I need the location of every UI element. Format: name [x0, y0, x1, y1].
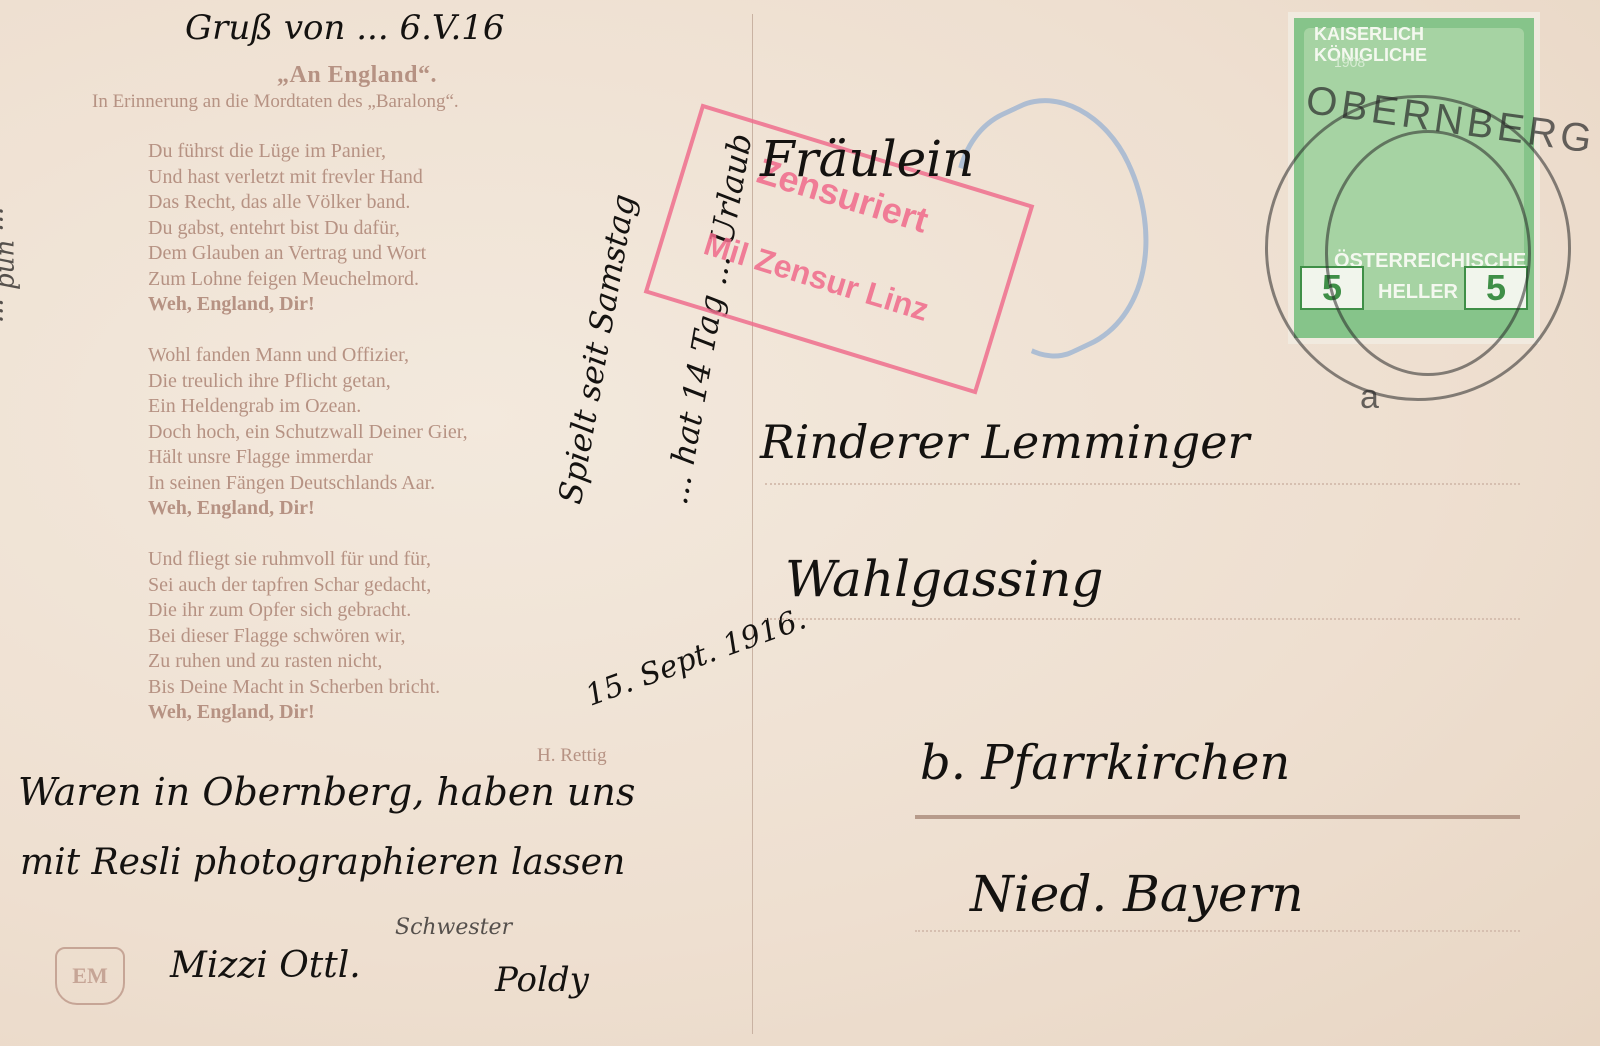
poem-line: Sei auch der tapfren Schar gedacht,: [148, 573, 652, 599]
poem-line: Dem Glauben an Vertrag und Wort: [148, 241, 652, 267]
postmark-letter: a: [1360, 378, 1379, 417]
handwriting-signature-1: Mizzi Ottl.: [170, 945, 361, 986]
poem-line: Du gabst, entehrt bist Du dafür,: [148, 216, 652, 242]
handwriting-signature-2: Poldy: [495, 960, 589, 1000]
poem-subtitle: In Erinnerung an die Mordtaten des „Bara…: [92, 91, 652, 113]
postmark-inner-ring: [1325, 130, 1531, 376]
publisher-logo: EM: [55, 947, 125, 1005]
poem-line: Bei dieser Flagge schwören wir,: [148, 624, 652, 650]
address-line-2: [765, 618, 1520, 620]
poem-line: Und hast verletzt mit frevler Hand: [148, 165, 652, 191]
poem-refrain: Weh, England, Dir!: [148, 700, 652, 725]
poem-refrain: Weh, England, Dir!: [148, 292, 652, 317]
poem-line: Zum Lohne feigen Meuchelmord.: [148, 267, 652, 293]
handwriting-message-line-2: mit Resli photographieren lassen: [20, 842, 625, 883]
handwriting-top: Gruß von ... 6.V.16: [185, 8, 505, 48]
address-line-1: [765, 483, 1520, 485]
printed-poem: „An England“. In Erinnerung an die Mordt…: [92, 62, 652, 725]
address-salutation: Fräulein: [760, 130, 974, 188]
handwriting-signature-note: Schwester: [395, 915, 512, 940]
poem-line: Die ihr zum Opfer sich gebracht.: [148, 598, 652, 624]
stamp-year: 1908: [1334, 54, 1365, 70]
handwriting-message-line-1: Waren in Obernberg, haben uns: [18, 770, 635, 814]
poem-line: Zu ruhen und zu rasten nicht,: [148, 649, 652, 675]
poem-line: Du führst die Lüge im Panier,: [148, 139, 652, 165]
address-region: Nied. Bayern: [970, 865, 1304, 923]
poem-line: Und fliegt sie ruhmvoll für und für,: [148, 547, 652, 573]
address-line-3: [915, 815, 1520, 819]
address-town: b. Pfarrkirchen: [920, 735, 1290, 791]
poem-line: Bis Deine Macht in Scherben bricht.: [148, 675, 652, 701]
censor-stamp-line-2: Mil Zensur Linz: [699, 225, 933, 328]
poem-stanza: Du führst die Lüge im Panier,Und hast ve…: [148, 139, 652, 292]
poem-stanza: Und fliegt sie ruhmvoll für und für,Sei …: [148, 547, 652, 700]
address-street: Wahlgassing: [785, 550, 1103, 608]
handwriting-left-vertical-2: ... und ...: [0, 207, 23, 323]
postcard-back: „An England“. In Erinnerung an die Mordt…: [0, 0, 1600, 1046]
address-name: Rinderer Lemminger: [760, 415, 1249, 469]
poem-author: H. Rettig: [537, 745, 607, 767]
poem-line: Das Recht, das alle Völker band.: [148, 190, 652, 216]
address-line-4: [915, 930, 1520, 932]
poem-title: „An England“.: [62, 62, 652, 89]
